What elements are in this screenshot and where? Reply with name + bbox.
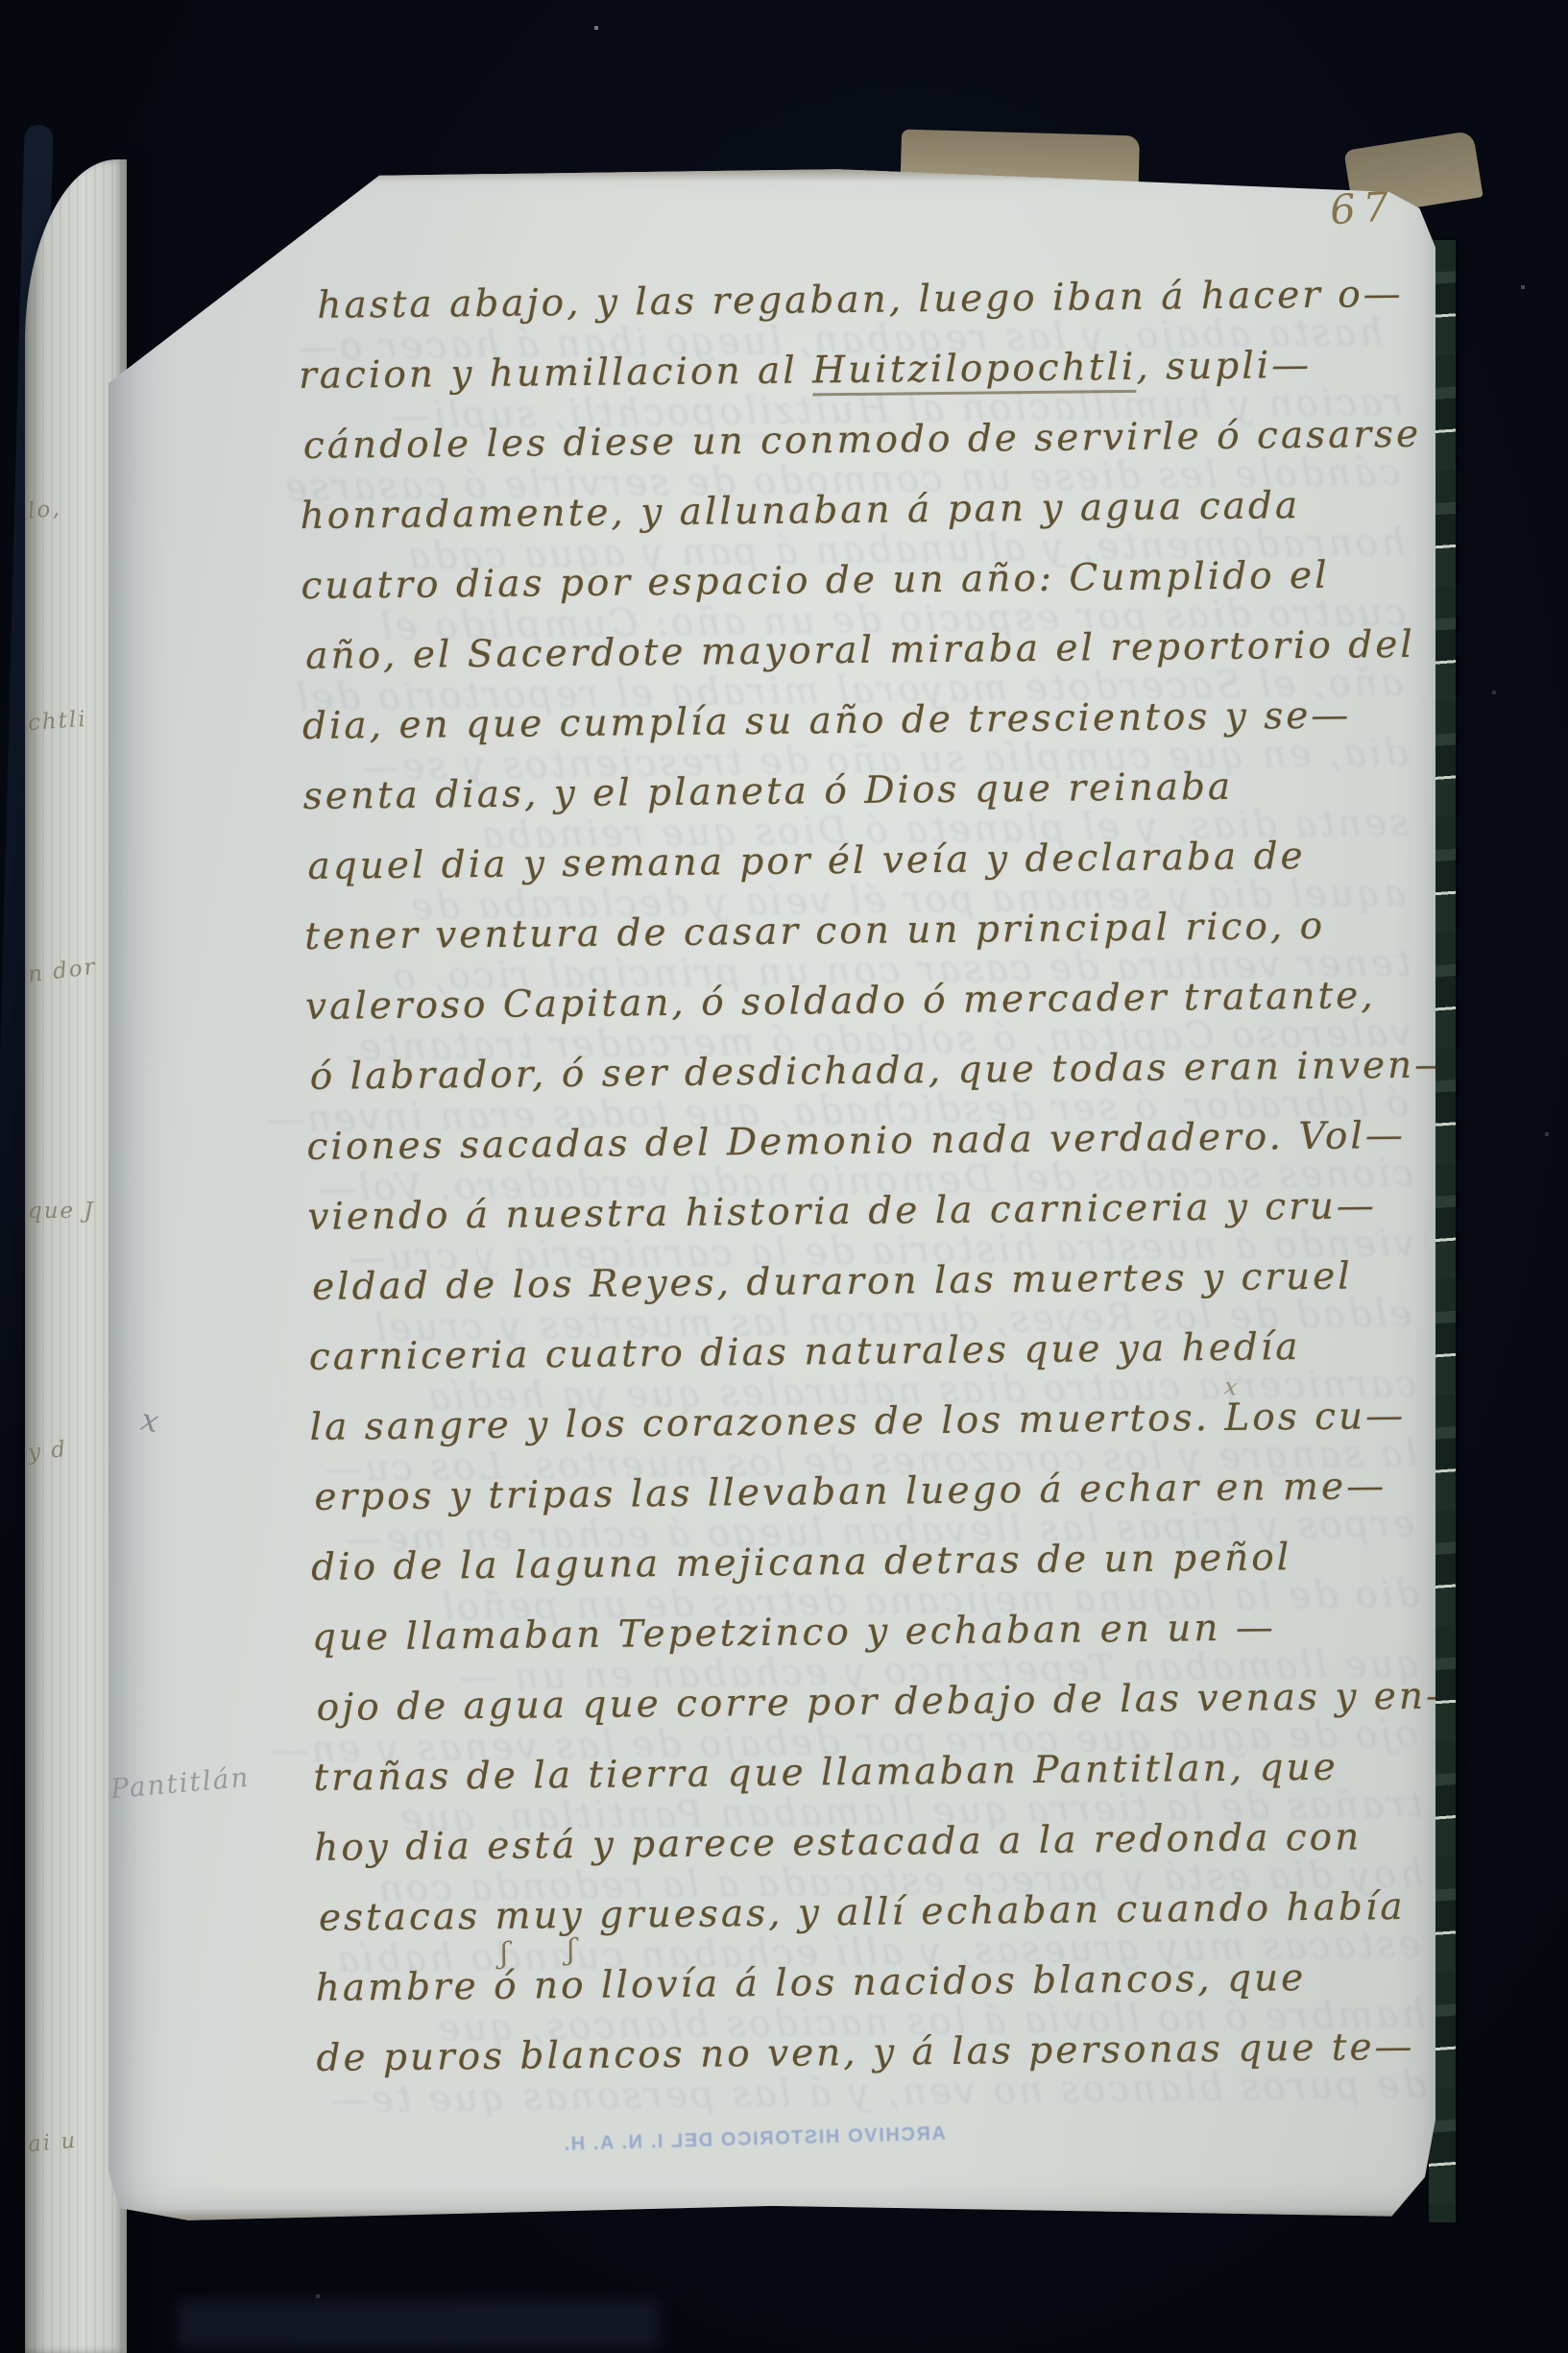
pencil-cross-mark: x — [1223, 1372, 1239, 1400]
dust-specks — [0, 0, 2, 2]
text-segment: cuatro dias por espacio de un año: Cumpl… — [301, 554, 1330, 608]
underlined-word: Huitzilopochtli — [812, 346, 1137, 397]
text-segment: año, el Sacerdote mayoral miraba el repo… — [305, 623, 1415, 678]
scanner-smudge — [178, 2301, 658, 2347]
edge-text-fragment: chtli — [27, 707, 87, 736]
text-segment: ó labrador, ó ser desdichada, que todas … — [310, 1043, 1456, 1098]
text-segment: hasta abajo, y las regaban, luego iban á… — [317, 273, 1404, 327]
text-segment: hambre ó no llovía á los nacidos blancos… — [315, 1956, 1306, 2010]
edge-text-fragment: ai u — [27, 2128, 78, 2157]
text-line: hoy dia está y parece estacada a la redo… — [314, 1801, 1477, 1883]
text-segment: honradamente, y allunaban á pan y agua c… — [300, 484, 1300, 538]
text-segment: valeroso Capitan, ó soldado ó mercader t… — [305, 974, 1376, 1029]
text-segment: la sangre y los corazones de los muertos… — [309, 1395, 1406, 1449]
text-segment: dia, en que cumplía su año de tresciento… — [302, 694, 1352, 748]
text-segment: estacas muy gruesas, y allí echaban cuan… — [319, 1885, 1406, 1940]
text-line: cuatro dias por espacio de un año: Cumpl… — [301, 539, 1463, 621]
edge-text-fragment: n dor — [27, 955, 98, 988]
edge-text-fragment: que J — [28, 1199, 95, 1224]
text-segment: hoy dia está y parece estacada a la redo… — [314, 1815, 1362, 1869]
text-segment: tener ventura de casar con un principal … — [304, 905, 1325, 958]
text-line: año, el Sacerdote mayoral miraba el repo… — [305, 609, 1464, 691]
text-segment: , supli— — [1136, 344, 1312, 389]
text-line: de puros blancos no ven, y á las persona… — [316, 2011, 1479, 2094]
edge-text-fragment: lo, — [27, 496, 62, 523]
text-segment: dio de la laguna mejicana detras de un p… — [311, 1536, 1292, 1589]
handwritten-text: hasta abajo, y las regaban, luego iban á… — [298, 258, 1479, 2094]
text-line: carniceria cuatro dias naturales que ya … — [308, 1310, 1471, 1393]
text-line: estacas muy gruesas, y allí echaban cuan… — [319, 1871, 1478, 1953]
text-line: viendo á nuestra historia de la carnicer… — [307, 1170, 1470, 1252]
text-segment: trañas de la tierra que llamaban Pantitl… — [313, 1746, 1339, 1800]
scan-background: lo,chtlin dorque Jy dai u 67 hasta abajo… — [0, 0, 1568, 2353]
pencil-cross-mark: x — [138, 1401, 161, 1441]
text-segment: eldad de los Reyes, duraron las muertes … — [312, 1255, 1353, 1309]
text-line: valeroso Capitan, ó soldado ó mercader t… — [305, 959, 1468, 1042]
text-segment: erpos y tripas las llevaban luego á echa… — [314, 1465, 1387, 1519]
text-line: erpos y tripas las llevaban luego á echa… — [314, 1450, 1473, 1533]
text-segment: cándole les diese un conmodo de servirle… — [303, 413, 1422, 468]
text-line: que llamaban Tepetzinco y echaban en un … — [312, 1590, 1475, 1673]
text-line: ó labrador, ó ser desdichada, que todas … — [309, 1030, 1468, 1112]
text-segment: aquel dia y semana por él veía y declara… — [307, 835, 1306, 888]
ink-insertion-marks: ʃ ʃ — [499, 1931, 601, 1970]
text-line: la sangre y los corazones de los muertos… — [309, 1380, 1472, 1463]
text-segment: racion y humillacion al — [299, 349, 812, 398]
text-line: senta dias, y el planeta ó Dios que rein… — [302, 749, 1465, 832]
edge-text-fragment: y d — [27, 1437, 69, 1466]
text-line: cándole les diese un conmodo de servirle… — [303, 399, 1462, 481]
margin-note-pencil: Pantitlán — [109, 1761, 252, 1806]
text-line: ojo de agua que corre por debajo de las … — [316, 1661, 1475, 1743]
text-segment: de puros blancos no ven, y á las persona… — [316, 2026, 1415, 2080]
text-segment: carniceria cuatro dias naturales que ya … — [309, 1325, 1301, 1379]
text-line: dia, en que cumplía su año de tresciento… — [302, 679, 1465, 762]
text-line: dio de la laguna mejicana detras de un p… — [311, 1520, 1474, 1603]
archive-stamp: ARCHIVO HISTORICO DEL I. N. A. H. — [581, 2123, 946, 2156]
text-line: aquel dia y semana por él veía y declara… — [307, 819, 1466, 902]
text-segment: ciones sacadas del Demonio nada verdader… — [306, 1114, 1406, 1169]
text-line: eldad de los Reyes, duraron las muertes … — [312, 1240, 1471, 1322]
text-line: trañas de la tierra que llamaban Pantitl… — [313, 1731, 1476, 1813]
text-segment: ojo de agua que corre por debajo de las … — [316, 1674, 1466, 1730]
manuscript-page: 67 hasta abajo, y las regaban, luego iba… — [109, 165, 1435, 2222]
text-segment: que llamaban Tepetzinco y echaban en un … — [312, 1606, 1276, 1660]
text-line: tener ventura de casar con un principal … — [304, 889, 1467, 972]
text-line: hasta abajo, y las regaban, luego iban á… — [317, 258, 1460, 340]
text-segment: viendo á nuestra historia de la carnicer… — [307, 1184, 1377, 1239]
text-line: racion y humillacion al Huitzilopochtli,… — [299, 328, 1461, 411]
text-line: hambre ó no llovía á los nacidos blancos… — [315, 1941, 1478, 2024]
text-segment: senta dias, y el planeta ó Dios que rein… — [302, 765, 1233, 818]
text-line: ciones sacadas del Demonio nada verdader… — [306, 1100, 1469, 1182]
text-line: honradamente, y allunaban á pan y agua c… — [300, 469, 1462, 551]
